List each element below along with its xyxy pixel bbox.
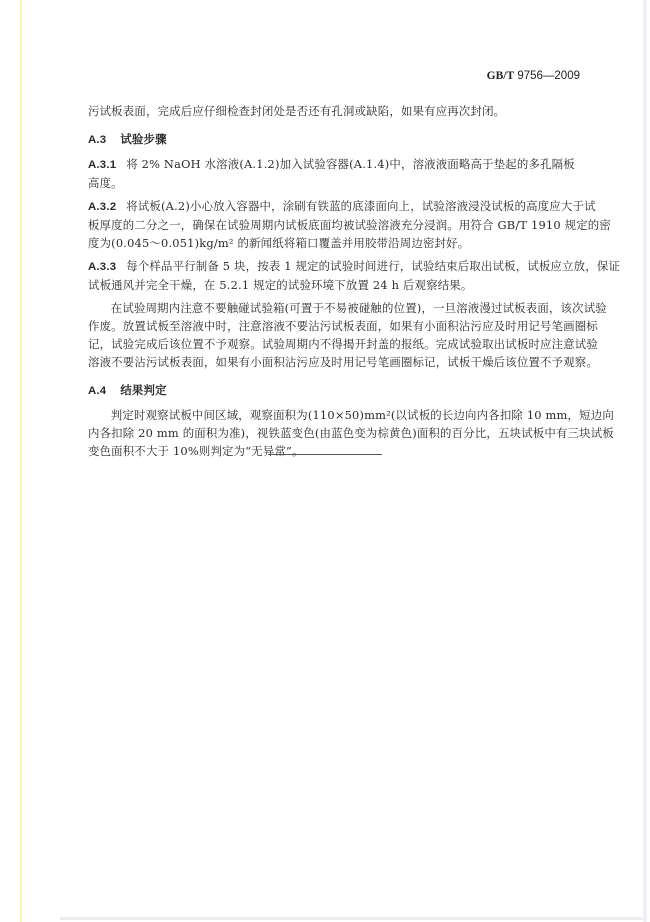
document-body: 污试板表面，完成后应仔细检查封闭处是否还有孔洞或缺陷，如果有应再次封闭。 A.3… [88,102,584,460]
paragraph-line: 判定时观察试板中间区域，观察面积为(110×50)mm²(以试板的长边向内各扣除… [88,406,584,424]
note-paragraph: 在试验周期内注意不要触碰试验箱(可置于不易被碰触的位置)，一旦溶液漫过试板表面，… [88,299,584,371]
clause-text-line: 将试板(A.2)小心放入容器中，涂刷有铁蓝的底漆面向上，试验溶液浸没试板的高度应… [126,199,595,213]
paragraph-line: 在试验周期内注意不要触碰试验箱(可置于不易被碰触的位置)，一旦溶液漫过试板表面，… [88,299,584,317]
clause-number: A.3.2 [88,201,116,213]
page-header: GB/T 9756—2009 [487,70,580,82]
clause-a3-2: A.3.2将试板(A.2)小心放入容器中，涂刷有铁蓝的底漆面向上，试验溶液浸没试… [88,197,584,252]
paragraph-line: 作废。放置试板至溶液中时，注意溶液不要沾污试板表面，如果有小面积沾污应及时用记号… [88,317,584,335]
end-rule [268,454,382,455]
clause-text-line: 高度。 [88,174,584,192]
result-paragraph: 判定时观察试板中间区域，观察面积为(110×50)mm²(以试板的长边向内各扣除… [88,406,584,460]
continuation-text: 污试板表面，完成后应仔细检查封闭处是否还有孔洞或缺陷，如果有应再次封闭。 [88,102,584,120]
paragraph-line: 内各扣除 20 mm 的面积为准)，视铁蓝变色(由蓝色变为棕黄色)面积的百分比，… [88,424,584,442]
paragraph-line: 记，试验完成后该位置不予观察。试验周期内不得揭开封盖的报纸。完成试验取出试板时应… [88,335,584,353]
paragraph-line: 溶液不要沾污试板表面，如果有小面积沾污应及时用记号笔画圈标记，试板干燥后该位置不… [88,353,584,371]
section-a3-heading: A.3试验步骤 [88,130,584,149]
scan-bottom-edge [60,917,645,920]
section-title: 试验步骤 [120,132,166,146]
paragraph-line: 变色面积不大于 10%则判定为“无异常”。 [88,442,584,460]
standard-code: GB/T [487,70,514,82]
clause-text-line: 板厚度的二分之一，确保在试验周期内试板底面均被试验溶液充分浸润。用符合 GB/T… [88,216,584,234]
clause-number: A.3.3 [88,261,116,273]
clause-text-line: 度为(0.045～0.051)kg/m² 的新闻纸将箱口覆盖并用胶带沿周边密封好… [88,234,584,252]
section-a4-heading: A.4结果判定 [88,381,584,400]
section-number: A.4 [88,385,106,397]
clause-a3-3: A.3.3每个样品平行制备 5 块，按表 1 规定的试验时间进行，试验结束后取出… [88,257,584,294]
section-title: 结果判定 [120,383,166,397]
clause-text-line: 试板通风并完全干燥，在 5.2.1 规定的试验环境下放置 24 h 后观察结果。 [88,276,584,294]
scan-left-edge [20,0,22,922]
clause-text-line: 将 2% NaOH 水溶液(A.1.2)加入试验容器(A.1.4)中，溶液液面略… [126,157,575,171]
clause-text-line: 每个样品平行制备 5 块，按表 1 规定的试验时间进行，试验结束后取出试板，试板… [126,259,620,273]
standard-number: 9756—2009 [517,70,580,82]
scan-right-edge [643,0,647,922]
section-number: A.3 [88,134,106,146]
clause-number: A.3.1 [88,159,116,171]
clause-a3-1: A.3.1将 2% NaOH 水溶液(A.1.2)加入试验容器(A.1.4)中，… [88,155,584,192]
